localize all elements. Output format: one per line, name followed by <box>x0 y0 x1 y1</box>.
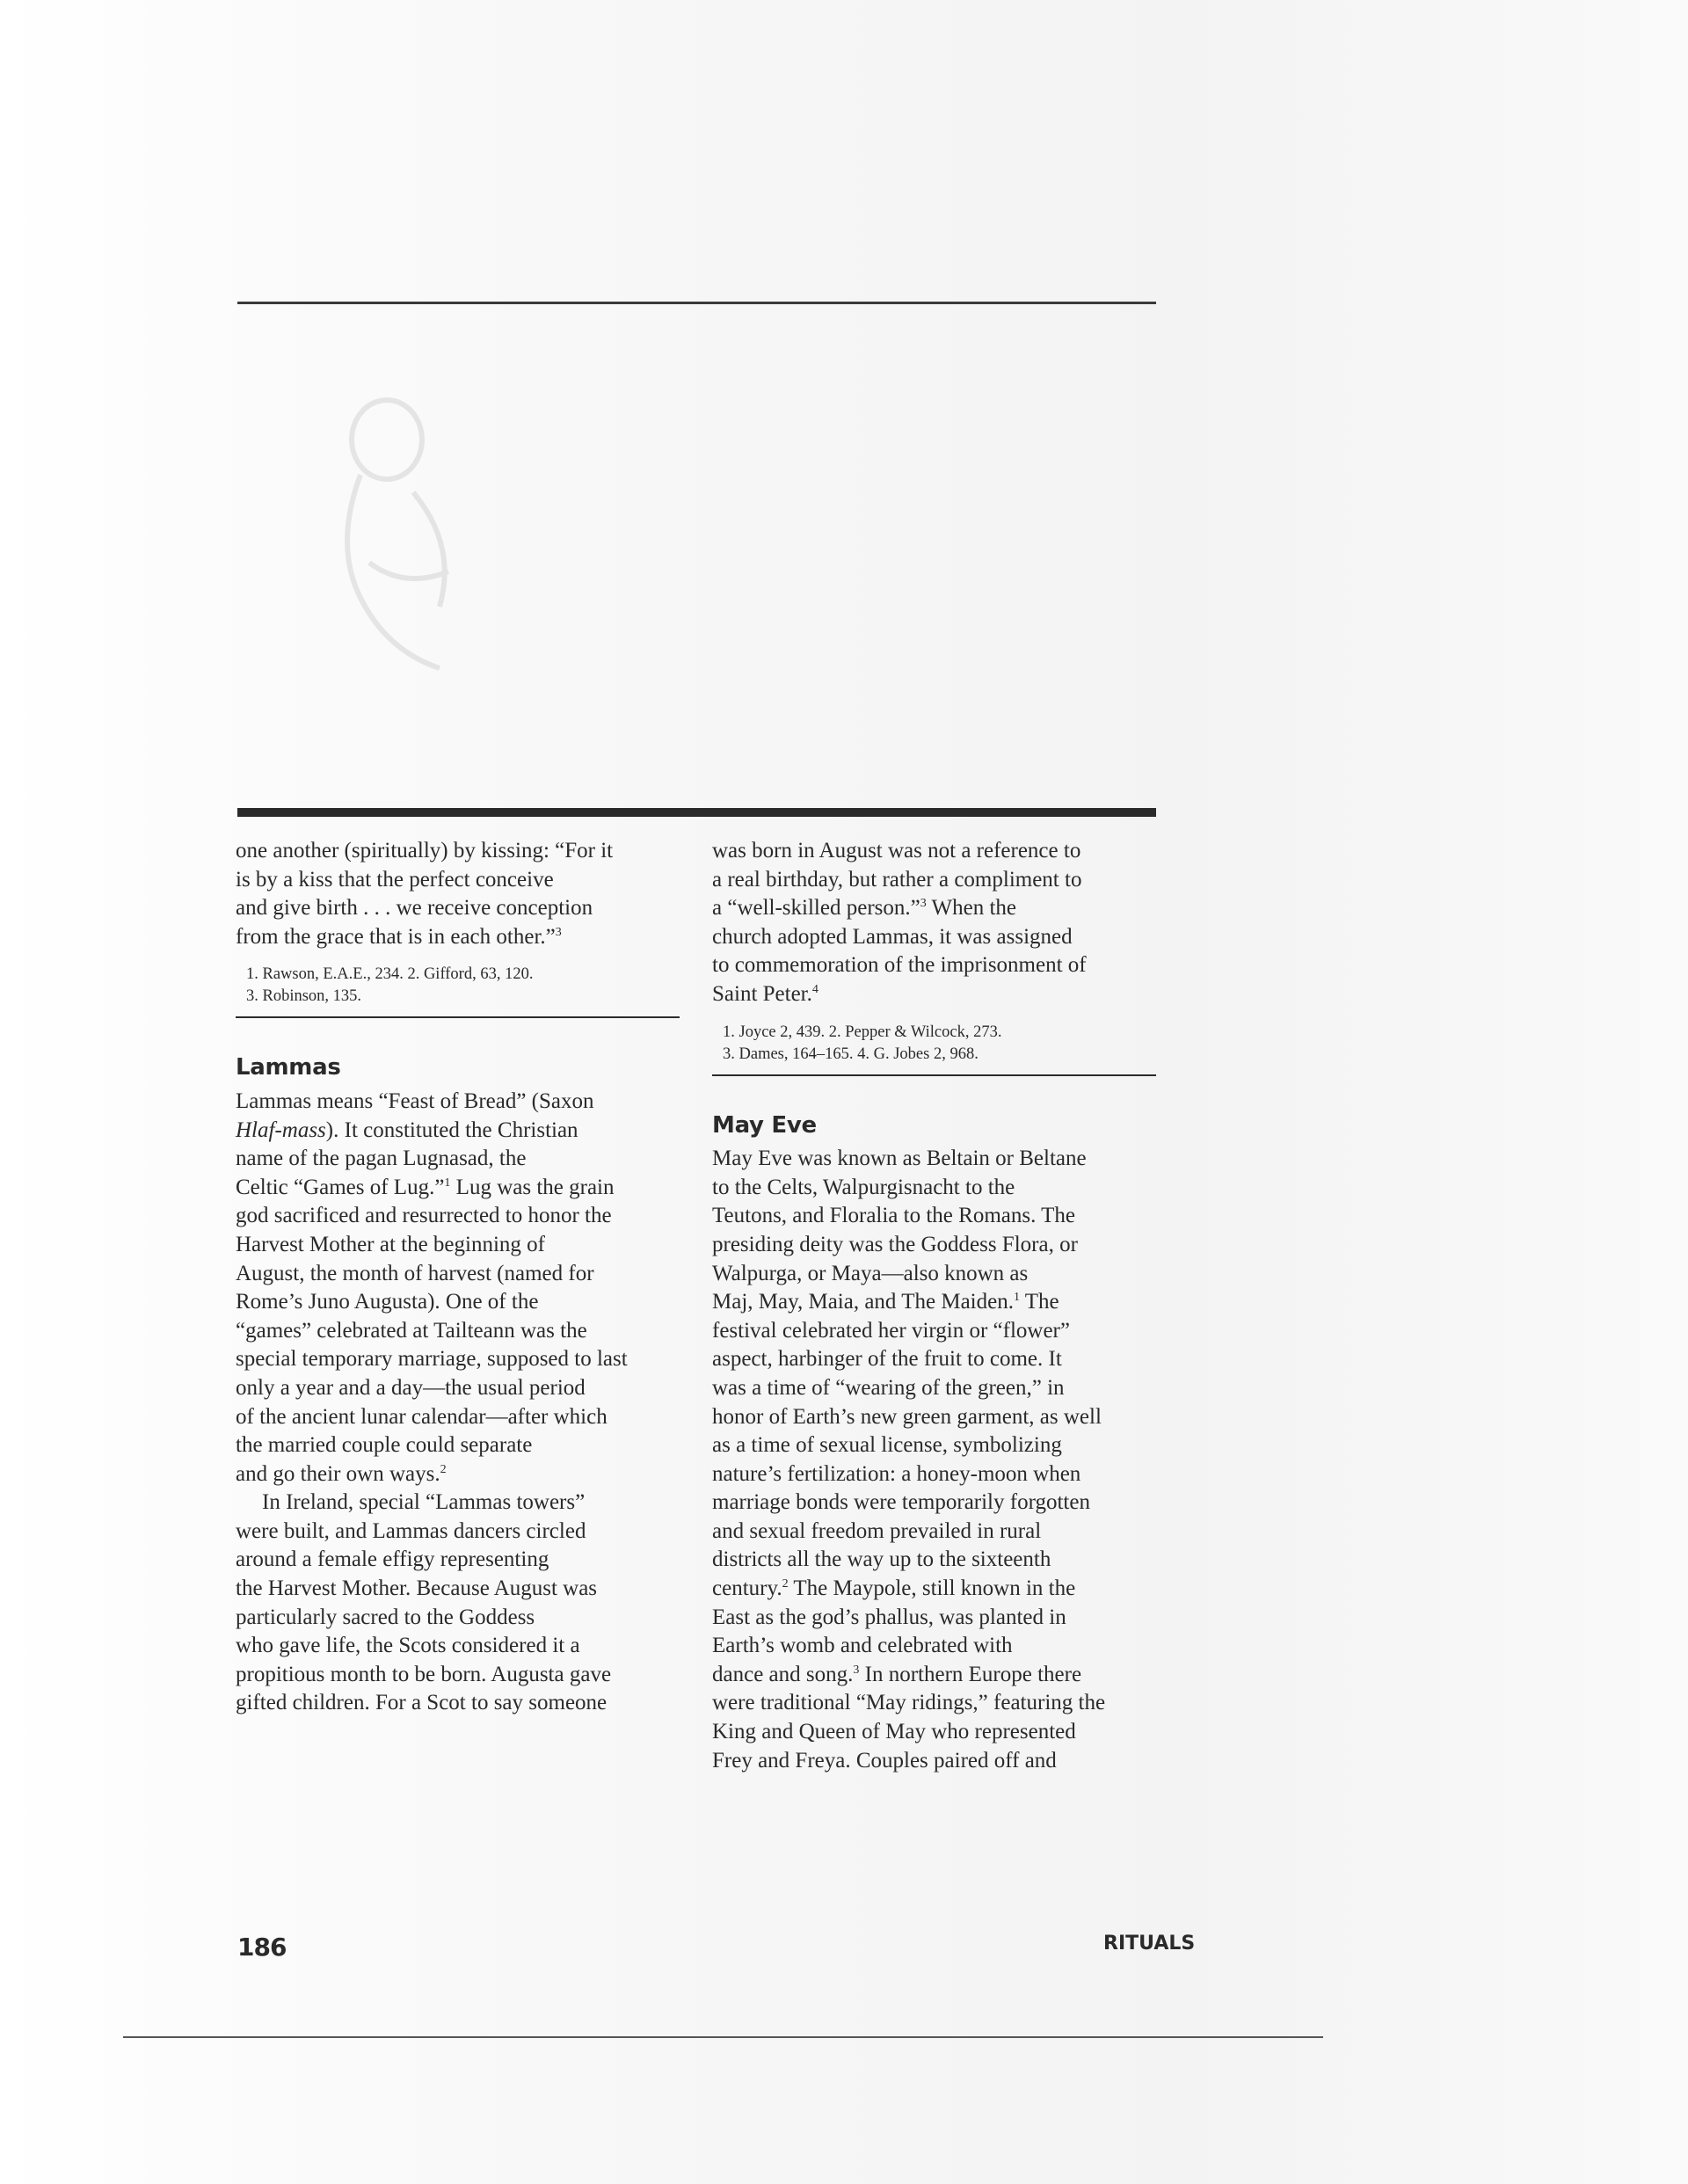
text-line: “games” celebrated at Tailteann was the <box>236 1317 693 1346</box>
text-line: god sacrificed and resurrected to honor … <box>236 1202 693 1231</box>
text-line: as a time of sexual license, symbolizing <box>712 1431 1169 1460</box>
footnotes: 1. Rawson, E.A.E., 234. 2. Gifford, 63, … <box>236 964 693 1008</box>
footnote-ref: 2 <box>440 1463 447 1476</box>
footnote-ref: 3 <box>920 897 927 910</box>
text-line: only a year and a day—the usual period <box>236 1374 693 1403</box>
text-line: of the ancient lunar calendar—after whic… <box>236 1403 693 1432</box>
text-line: nature’s fertilization: a honey-moon whe… <box>712 1460 1169 1489</box>
bleed-through-illustration <box>325 387 475 686</box>
continued-paragraph: was born in August was not a reference t… <box>712 837 1169 1009</box>
section-heading-lammas: Lammas <box>236 1053 693 1082</box>
footnote-ref: 2 <box>782 1577 789 1591</box>
text-line: presiding deity was the Goddess Flora, o… <box>712 1231 1169 1260</box>
text-line: gifted children. For a Scot to say someo… <box>236 1689 693 1718</box>
footnote-ref: 3 <box>556 926 562 939</box>
top-thin-rule <box>237 302 1156 304</box>
text-line: festival celebrated her virgin or “flowe… <box>712 1317 1169 1346</box>
text-line: from the grace that is in each other.”3 <box>236 923 693 952</box>
text-line: Lammas means “Feast of Bread” (Saxon <box>236 1088 693 1117</box>
text-line: name of the pagan Lugnasad, the <box>236 1145 693 1174</box>
text-line: Saint Peter.4 <box>712 980 1169 1009</box>
text-line: special temporary marriage, supposed to … <box>236 1345 693 1374</box>
text-line: dance and song.3 In northern Europe ther… <box>712 1661 1169 1690</box>
footnote-line: 3. Robinson, 135. <box>246 986 693 1008</box>
text-line: to commemoration of the imprisonment of <box>712 951 1169 980</box>
text-line: were built, and Lammas dancers circled <box>236 1518 693 1547</box>
text-line: was born in August was not a reference t… <box>712 837 1169 866</box>
footnote-line: 1. Rawson, E.A.E., 234. 2. Gifford, 63, … <box>246 964 693 986</box>
text-line: was a time of “wearing of the green,” in <box>712 1374 1169 1403</box>
text-line: a “well-skilled person.”3 When the <box>712 894 1169 923</box>
text-line: Earth’s womb and celebrated with <box>712 1632 1169 1661</box>
footnote-line: 1. Joyce 2, 439. 2. Pepper & Wilcock, 27… <box>723 1022 1169 1044</box>
text-line: Rome’s Juno Augusta). One of the <box>236 1288 693 1317</box>
footnote-ref: 4 <box>812 983 819 996</box>
bottom-scan-edge-rule <box>123 2036 1323 2038</box>
text-line: Frey and Freya. Couples paired off and <box>712 1747 1169 1776</box>
text-line: and give birth . . . we receive concepti… <box>236 894 693 923</box>
text-line: King and Queen of May who represented <box>712 1718 1169 1747</box>
text-line: and sexual freedom prevailed in rural <box>712 1518 1169 1547</box>
text-line: the married couple could separate <box>236 1431 693 1460</box>
text-line: Harvest Mother at the beginning of <box>236 1231 693 1260</box>
text-line: honor of Earth’s new green garment, as w… <box>712 1403 1169 1432</box>
text-line: church adopted Lammas, it was assigned <box>712 923 1169 952</box>
left-column: one another (spiritually) by kissing: “F… <box>236 837 693 1718</box>
text-line: East as the god’s phallus, was planted i… <box>712 1604 1169 1633</box>
text-line: districts all the way up to the sixteent… <box>712 1546 1169 1575</box>
text-line: is by a kiss that the perfect conceive <box>236 866 693 895</box>
top-thick-rule <box>237 808 1156 817</box>
text-line: aspect, harbinger of the fruit to come. … <box>712 1345 1169 1374</box>
text-line: May Eve was known as Beltain or Beltane <box>712 1145 1169 1174</box>
continued-paragraph: one another (spiritually) by kissing: “F… <box>236 837 693 951</box>
may-eve-body: May Eve was known as Beltain or Beltane … <box>712 1145 1169 1775</box>
text-line: Maj, May, Maia, and The Maiden.1 The <box>712 1288 1169 1317</box>
footnote-ref: 1 <box>1014 1291 1020 1304</box>
running-head: RITUALS <box>1103 1933 1195 1955</box>
right-column: was born in August was not a reference t… <box>712 837 1169 1775</box>
text-line: who gave life, the Scots considered it a <box>236 1632 693 1661</box>
italic-term: Hlaf-mass <box>236 1118 326 1142</box>
lammas-body: Lammas means “Feast of Bread” (Saxon Hla… <box>236 1088 693 1718</box>
text-line: the Harvest Mother. Because August was <box>236 1575 693 1604</box>
text-line: Celtic “Games of Lug.”1 Lug was the grai… <box>236 1174 693 1203</box>
text-line: propitious month to be born. Augusta gav… <box>236 1661 693 1690</box>
text-line: Hlaf-mass). It constituted the Christian <box>236 1117 693 1146</box>
text-line: In Ireland, special “Lammas towers” <box>236 1489 693 1518</box>
page-number: 186 <box>237 1933 286 1962</box>
text-line: marriage bonds were temporarily forgotte… <box>712 1489 1169 1518</box>
text-line: century.2 The Maypole, still known in th… <box>712 1575 1169 1604</box>
text-line: a real birthday, but rather a compliment… <box>712 866 1169 895</box>
text-line: one another (spiritually) by kissing: “F… <box>236 837 693 866</box>
footnote-line: 3. Dames, 164–165. 4. G. Jobes 2, 968. <box>723 1044 1169 1066</box>
text-line: August, the month of harvest (named for <box>236 1260 693 1289</box>
footnote-rule <box>712 1074 1156 1076</box>
text-line: Walpurga, or Maya—also known as <box>712 1260 1169 1289</box>
text-line: and go their own ways.2 <box>236 1460 693 1489</box>
text-line: around a female effigy representing <box>236 1546 693 1575</box>
footnote-rule <box>236 1016 680 1018</box>
footnotes: 1. Joyce 2, 439. 2. Pepper & Wilcock, 27… <box>712 1022 1169 1066</box>
text-line: to the Celts, Walpurgisnacht to the <box>712 1174 1169 1203</box>
text-line: were traditional “May ridings,” featurin… <box>712 1689 1169 1718</box>
section-heading-may-eve: May Eve <box>712 1111 1169 1140</box>
text-line: Teutons, and Floralia to the Romans. The <box>712 1202 1169 1231</box>
text-line: particularly sacred to the Goddess <box>236 1604 693 1633</box>
